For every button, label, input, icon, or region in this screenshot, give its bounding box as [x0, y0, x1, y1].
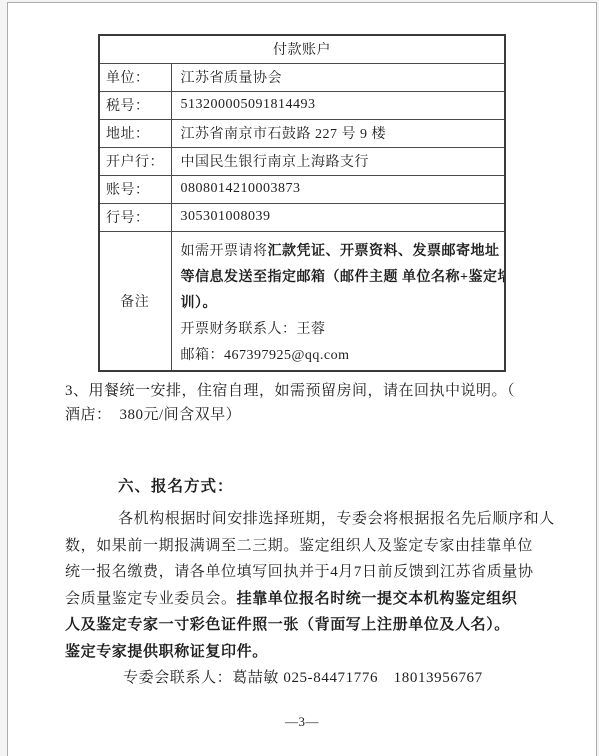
paragraph-line-4-bold: 挂靠单位报名时统一提交本机构鉴定组织 — [237, 591, 518, 607]
remark-line-1-bold: 汇款凭证、开票资料、发票邮寄地址 — [268, 244, 500, 259]
table-row-unit: 单位： 江苏省质量协会 — [99, 63, 505, 91]
remark-line-4: 开票财务联系人：王蓉 — [181, 317, 499, 343]
paragraph-line-3: 统一报名缴费，请各单位填写回执并于4月7日前反馈到江苏省质量协 — [65, 559, 555, 586]
section-heading-registration: 六、报名方式： — [118, 474, 234, 496]
paragraph-line-4-normal: 会质量鉴定专业委员会。 — [65, 591, 237, 607]
paragraph-line-4: 会质量鉴定专业委员会。挂靠单位报名时统一提交本机构鉴定组织 — [65, 586, 555, 613]
row-label-address: 地址： — [99, 119, 171, 147]
remark-line-1-normal: 如需开票请将 — [181, 244, 268, 259]
page-number: —3— — [8, 714, 596, 730]
table-row-tax-id: 税号： 513200005091814493 — [99, 91, 505, 119]
row-value-account-number: 0808014210003873 — [171, 175, 505, 203]
row-value-bank-number: 305301008039 — [171, 203, 505, 231]
remark-label: 备注 — [99, 231, 171, 371]
remark-line-1: 如需开票请将汇款凭证、开票资料、发票邮寄地址 — [181, 239, 499, 265]
row-label-unit: 单位： — [99, 63, 171, 91]
table-row-account-number: 账号： 0808014210003873 — [99, 175, 505, 203]
table-row-bank: 开户行： 中国民生银行南京上海路支行 — [99, 147, 505, 175]
remark-line-2: 等信息发送至指定邮箱（邮件主题 单位名称+鉴定培 — [181, 265, 499, 291]
table-row-address: 地址： 江苏省南京市石鼓路 227 号 9 楼 — [99, 119, 505, 147]
meal-accommodation-note: 3、用餐统一安排，住宿自理，如需预留房间，请在回执中说明。（ 酒店： 380元/… — [65, 379, 551, 427]
document-page: 付款账户 单位： 江苏省质量协会 税号： 513200005091814493 … — [7, 2, 597, 756]
paragraph-line-5: 人及鉴定专家一寸彩色证件照一张（背面写上注册单位及人名）。 — [65, 612, 555, 639]
remark-line-5: 邮箱：467397925@qq.com — [181, 343, 499, 369]
paragraph-line-2: 数，如果前一期报满调至二三期。鉴定组织人及鉴定专家由挂靠单位 — [65, 533, 555, 560]
row-value-unit: 江苏省质量协会 — [171, 63, 505, 91]
paragraph-line-6: 鉴定专家提供职称证复印件。 — [65, 639, 555, 666]
table-title: 付款账户 — [99, 35, 505, 63]
row-label-bank-number: 行号： — [99, 203, 171, 231]
table-title-row: 付款账户 — [99, 35, 505, 63]
row-label-bank: 开户行： — [99, 147, 171, 175]
note-line-1: 3、用餐统一安排，住宿自理，如需预留房间，请在回执中说明。（ — [65, 379, 551, 403]
payment-account-table: 付款账户 单位： 江苏省质量协会 税号： 513200005091814493 … — [98, 34, 506, 372]
remark-content: 如需开票请将汇款凭证、开票资料、发票邮寄地址 等信息发送至指定邮箱（邮件主题 单… — [171, 231, 505, 371]
table-row-bank-number: 行号： 305301008039 — [99, 203, 505, 231]
remark-line-3: 训）。 — [181, 291, 499, 317]
row-label-tax-id: 税号： — [99, 91, 171, 119]
row-label-account-number: 账号： — [99, 175, 171, 203]
row-value-bank: 中国民生银行南京上海路支行 — [171, 147, 505, 175]
paragraph-line-1: 各机构根据时间安排选择班期，专委会将根据报名先后顺序和人 — [65, 506, 555, 533]
row-value-tax-id: 513200005091814493 — [171, 91, 505, 119]
table-row-remark: 备注 如需开票请将汇款凭证、开票资料、发票邮寄地址 等信息发送至指定邮箱（邮件主… — [99, 231, 505, 371]
contact-line: 专委会联系人：葛喆敏 025-84471776 18013956767 — [65, 665, 555, 692]
note-line-2: 酒店： 380元/间含双早） — [65, 403, 551, 427]
registration-paragraph: 各机构根据时间安排选择班期，专委会将根据报名先后顺序和人 数，如果前一期报满调至… — [65, 506, 555, 692]
row-value-address: 江苏省南京市石鼓路 227 号 9 楼 — [171, 119, 505, 147]
